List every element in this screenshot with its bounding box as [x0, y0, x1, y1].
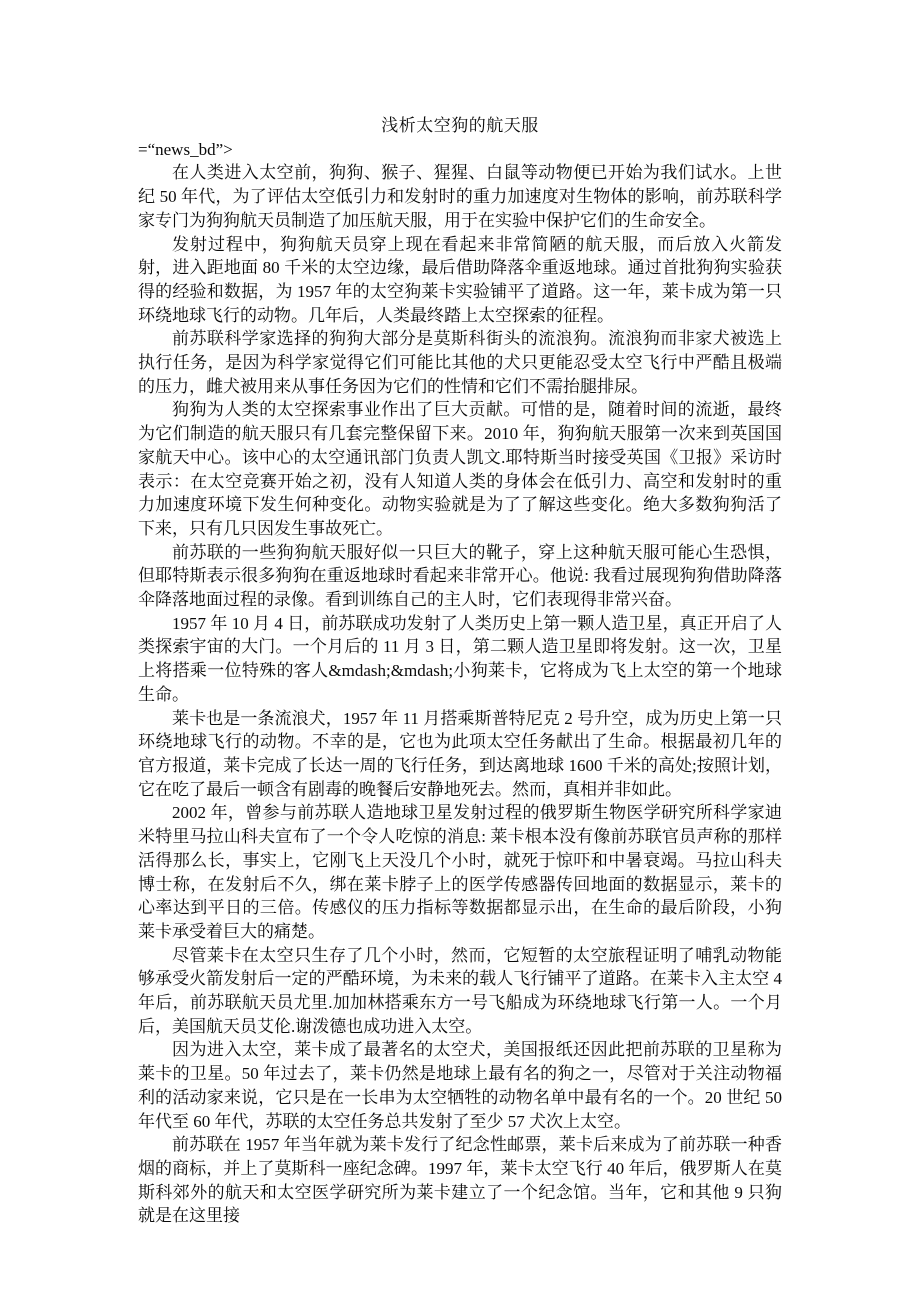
body-paragraph: 在人类进入太空前，狗狗、猴子、猩猩、白鼠等动物便已开始为我们试水。上世纪 50 … — [138, 161, 782, 232]
body-paragraph: 2002 年，曾参与前苏联人造地球卫星发射过程的俄罗斯生物医学研究所科学家迪米特… — [138, 801, 782, 943]
body-paragraph: 前苏联的一些狗狗航天服好似一只巨大的靴子，穿上这种航天服可能心生恐惧，但耶特斯表… — [138, 541, 782, 612]
body-paragraph: 因为进入太空，莱卡成了最著名的太空犬，美国报纸还因此把前苏联的卫星称为莱卡的卫星… — [138, 1038, 782, 1133]
meta-attribute-line: =“news_bd”> — [138, 138, 782, 162]
body-paragraph: 1957 年 10 月 4 日，前苏联成功发射了人类历史上第一颗人造卫星，真正开… — [138, 612, 782, 707]
document-body: 在人类进入太空前，狗狗、猴子、猩猩、白鼠等动物便已开始为我们试水。上世纪 50 … — [138, 161, 782, 1228]
body-paragraph: 莱卡也是一条流浪犬，1957 年 11 月搭乘斯普特尼克 2 号升空，成为历史上… — [138, 707, 782, 802]
document-page: 浅析太空狗的航天服 =“news_bd”> 在人类进入太空前，狗狗、猴子、猩猩、… — [0, 0, 920, 1302]
body-paragraph: 狗狗为人类的太空探索事业作出了巨大贡献。可惜的是，随着时间的流逝，最终为它们制造… — [138, 398, 782, 540]
body-paragraph: 发射过程中，狗狗航天员穿上现在看起来非常简陋的航天服，而后放入火箭发射，进入距地… — [138, 233, 782, 328]
document-title: 浅析太空狗的航天服 — [138, 114, 782, 138]
body-paragraph: 前苏联在 1957 年当年就为莱卡发行了纪念性邮票，莱卡后来成为了前苏联一种香烟… — [138, 1133, 782, 1228]
body-paragraph: 前苏联科学家选择的狗狗大部分是莫斯科街头的流浪狗。流浪狗而非家犬被选上执行任务，… — [138, 327, 782, 398]
body-paragraph: 尽管莱卡在太空只生存了几个小时，然而，它短暂的太空旅程证明了哺乳动物能够承受火箭… — [138, 944, 782, 1039]
